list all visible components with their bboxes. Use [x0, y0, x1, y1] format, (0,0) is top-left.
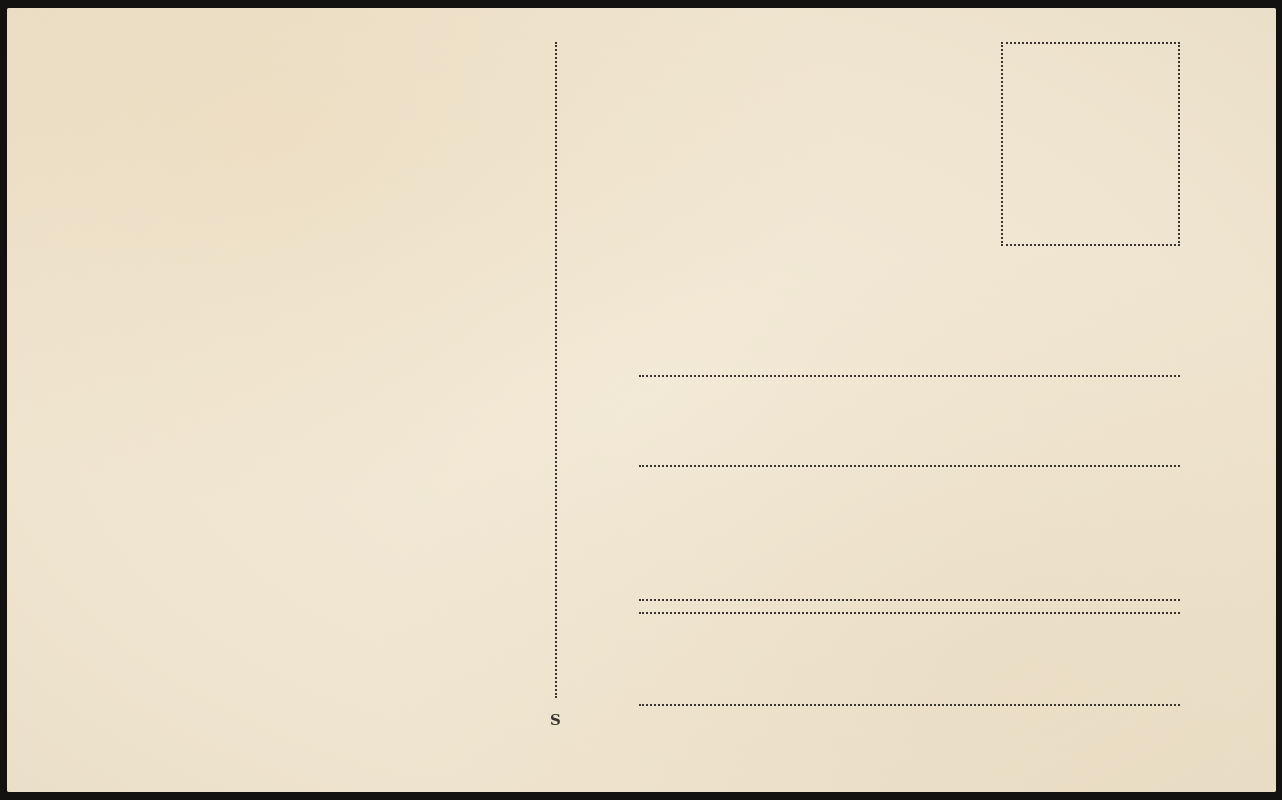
address-line-1: [639, 375, 1180, 377]
stamp-box: [1001, 42, 1180, 246]
address-line-2: [639, 465, 1180, 467]
divider-mark: S: [550, 711, 561, 729]
postcard-back: S: [7, 8, 1276, 792]
vertical-divider-line: [555, 42, 557, 698]
address-line-5: [639, 704, 1180, 706]
address-line-3: [639, 599, 1180, 601]
address-line-4: [639, 612, 1180, 614]
